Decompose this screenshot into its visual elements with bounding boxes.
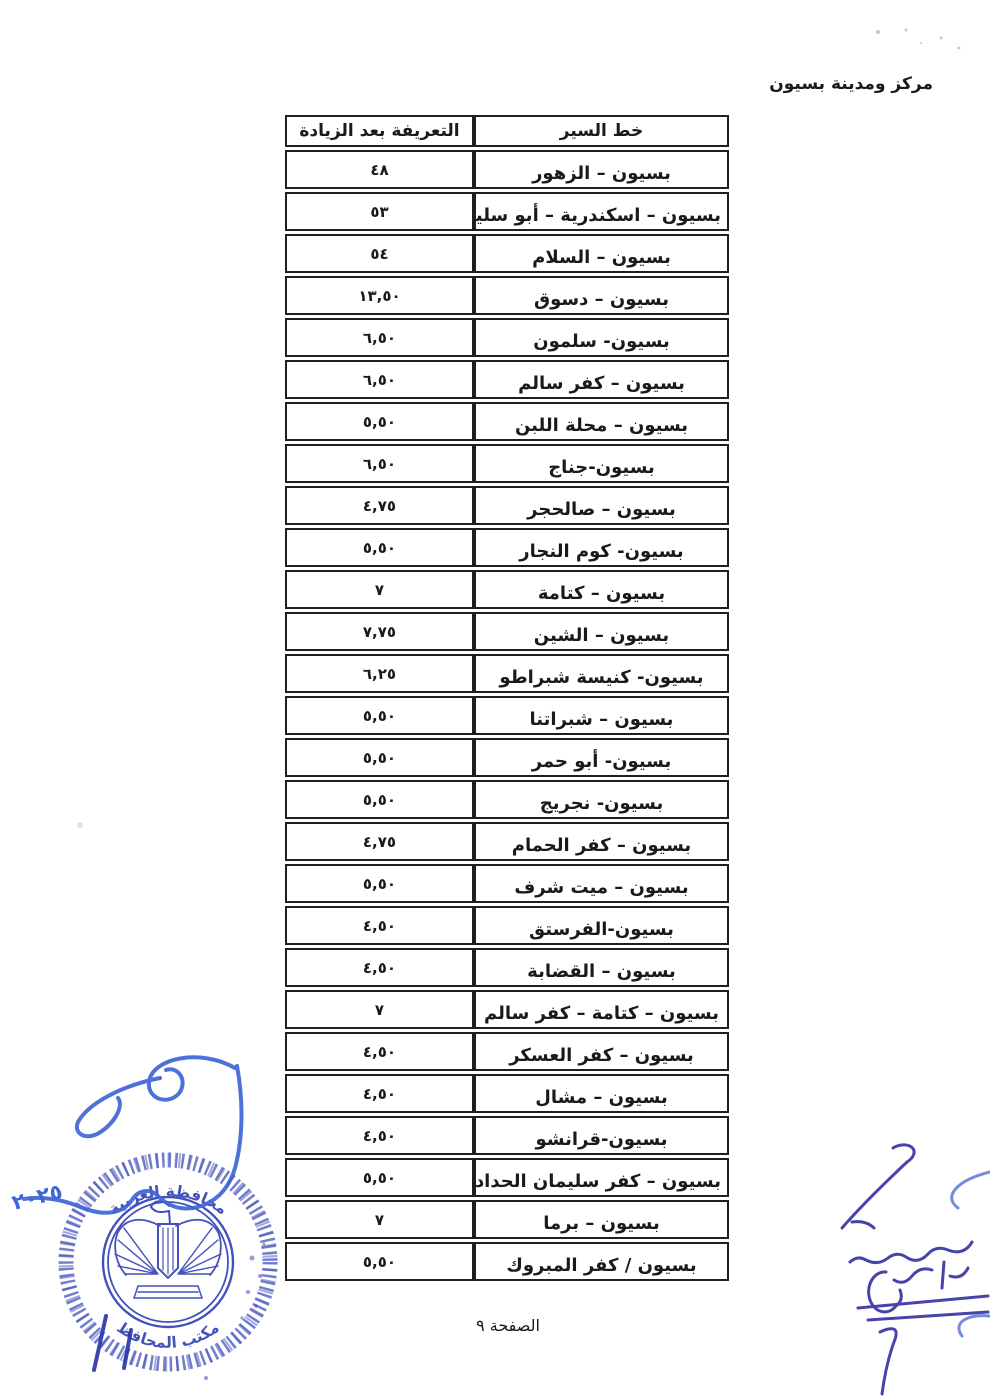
route-cell: بسيون – شبراتنا	[474, 696, 729, 735]
route-cell: بسيون – محلة اللبن	[474, 402, 729, 441]
table-row: بسيون – كتامة٧	[285, 570, 729, 609]
table-row: بسيون- كنيسة شبراطو٦,٢٥	[285, 654, 729, 693]
tariff-cell: ٤,٥٠	[285, 1116, 474, 1155]
route-header-cell: خط السير	[474, 115, 729, 147]
route-cell: بسيون-قرانشو	[474, 1116, 729, 1155]
tariff-header-cell: التعريفة بعد الزيادة	[285, 115, 474, 147]
tariff-cell: ٥,٥٠	[285, 738, 474, 777]
tariff-cell: ٥,٥٠	[285, 696, 474, 735]
route-cell: بسيون – دسوق	[474, 276, 729, 315]
stamp-inner-circle	[103, 1197, 233, 1327]
stamp-eagle-icon	[115, 1201, 221, 1298]
page-title: مركز ومدينة بسيون	[769, 74, 933, 94]
tariff-table: خط السير التعريفة بعد الزيادة بسيون – ال…	[285, 112, 729, 1284]
tariff-cell: ٥٤	[285, 234, 474, 273]
table-row: بسيون – كفر الحمام٤,٧٥	[285, 822, 729, 861]
tariff-cell: ٥,٥٠	[285, 1242, 474, 1281]
tariff-cell: ٧	[285, 570, 474, 609]
route-cell: بسيون- كوم النجار	[474, 528, 729, 567]
tariff-cell: ٤,٥٠	[285, 1032, 474, 1071]
tariff-cell: ٤,٧٥	[285, 486, 474, 525]
table-row: بسيون-قرانشو٤,٥٠	[285, 1116, 729, 1155]
route-cell: بسيون – كتامة	[474, 570, 729, 609]
route-cell: بسيون – السلام	[474, 234, 729, 273]
route-cell: بسيون- سلمون	[474, 318, 729, 357]
table-row: بسيون – برما٧	[285, 1200, 729, 1239]
table-row: بسيون – السلام٥٤	[285, 234, 729, 273]
tariff-cell: ٥,٥٠	[285, 528, 474, 567]
table-row: بسيون – كفر العسكر٤,٥٠	[285, 1032, 729, 1071]
table-row: بسيون – شبراتنا٥,٥٠	[285, 696, 729, 735]
tariff-cell: ٦,٢٥	[285, 654, 474, 693]
tariff-cell: ٤,٥٠	[285, 1074, 474, 1113]
stamp-top-text: محافظة الغربية	[105, 1182, 231, 1218]
stamp-ornament-ring	[66, 1160, 270, 1364]
page-number: الصفحة ٩	[446, 1316, 570, 1335]
tariff-cell: ٧	[285, 990, 474, 1029]
stamp-ink-speckles	[204, 1243, 266, 1381]
signature-top-left	[24, 1057, 242, 1370]
tariff-cell: ٧	[285, 1200, 474, 1239]
tariff-cell: ٥,٥٠	[285, 402, 474, 441]
tariff-cell: ٥,٥٠	[285, 864, 474, 903]
route-cell: بسيون – الزهور	[474, 150, 729, 189]
table-row: بسيون-الفرستق٤,٥٠	[285, 906, 729, 945]
route-cell: بسيون – كفر سليمان الحداد	[474, 1158, 729, 1197]
route-cell: بسيون-الفرستق	[474, 906, 729, 945]
route-cell: بسيون – برما	[474, 1200, 729, 1239]
table-header-row: خط السير التعريفة بعد الزيادة	[285, 115, 729, 147]
handwritten-year: ٢٠٢٥	[9, 1179, 65, 1215]
table-row: بسيون – كفر سالم٦,٥٠	[285, 360, 729, 399]
table-row: بسيون – كفر سليمان الحداد٥,٥٠	[285, 1158, 729, 1197]
route-cell: بسيون-جناج	[474, 444, 729, 483]
table-row: بسيون – اسكندرية – أبو سليمان٥٣	[285, 192, 729, 231]
tariff-cell: ١٣,٥٠	[285, 276, 474, 315]
table-body: بسيون – الزهور٤٨بسيون – اسكندرية – أبو س…	[285, 150, 729, 1281]
signature-bottom-right	[842, 1145, 990, 1394]
route-cell: بسيون- نجريج	[474, 780, 729, 819]
tariff-cell: ٥,٥٠	[285, 1158, 474, 1197]
table-row: بسيون – ميت شرف٥,٥٠	[285, 864, 729, 903]
tariff-cell: ٧,٧٥	[285, 612, 474, 651]
route-cell: بسيون – مشال	[474, 1074, 729, 1113]
table-row: بسيون-جناج٦,٥٠	[285, 444, 729, 483]
route-cell: بسيون – كفر سالم	[474, 360, 729, 399]
table-row: بسيون- كوم النجار٥,٥٠	[285, 528, 729, 567]
route-cell: بسيون – الشين	[474, 612, 729, 651]
table-row: بسيون / كفر المبروك٥,٥٠	[285, 1242, 729, 1281]
route-cell: بسيون – ميت شرف	[474, 864, 729, 903]
tariff-cell: ٦,٥٠	[285, 360, 474, 399]
route-cell: بسيون- كنيسة شبراطو	[474, 654, 729, 693]
route-cell: بسيون – كتامة – كفر سالم	[474, 990, 729, 1029]
stamp-bottom-text: مكتب المحافظ	[114, 1318, 223, 1352]
table-row: بسيون- أبو حمر٥,٥٠	[285, 738, 729, 777]
table-row: بسيون – صالحجر٤,٧٥	[285, 486, 729, 525]
table-row: بسيون- نجريج٥,٥٠	[285, 780, 729, 819]
route-cell: بسيون- أبو حمر	[474, 738, 729, 777]
tariff-cell: ٤,٧٥	[285, 822, 474, 861]
route-cell: بسيون – كفر العسكر	[474, 1032, 729, 1071]
table-row: بسيون – مشال٤,٥٠	[285, 1074, 729, 1113]
route-cell: بسيون – صالحجر	[474, 486, 729, 525]
route-cell: بسيون – اسكندرية – أبو سليمان	[474, 192, 729, 231]
route-cell: بسيون – القضابة	[474, 948, 729, 987]
tariff-cell: ٥,٥٠	[285, 780, 474, 819]
table-row: بسيون – دسوق١٣,٥٠	[285, 276, 729, 315]
table-row: بسيون – كتامة – كفر سالم٧	[285, 990, 729, 1029]
tariff-cell: ٦,٥٠	[285, 318, 474, 357]
table-row: بسيون – الشين٧,٧٥	[285, 612, 729, 651]
tariff-cell: ٦,٥٠	[285, 444, 474, 483]
table-row: بسيون – محلة اللبن٥,٥٠	[285, 402, 729, 441]
table-row: بسيون – الزهور٤٨	[285, 150, 729, 189]
route-cell: بسيون / كفر المبروك	[474, 1242, 729, 1281]
tariff-cell: ٤,٥٠	[285, 906, 474, 945]
tariff-cell: ٤٨	[285, 150, 474, 189]
table-row: بسيون- سلمون٦,٥٠	[285, 318, 729, 357]
scanned-document-page: مركز ومدينة بسيون خط السير التعريفة بعد …	[0, 0, 990, 1400]
route-cell: بسيون – كفر الحمام	[474, 822, 729, 861]
table-row: بسيون – القضابة٤,٥٠	[285, 948, 729, 987]
tariff-cell: ٥٣	[285, 192, 474, 231]
tariff-cell: ٤,٥٠	[285, 948, 474, 987]
official-stamp: محافظة الغربية مكتب المحافظ	[46, 1140, 290, 1384]
